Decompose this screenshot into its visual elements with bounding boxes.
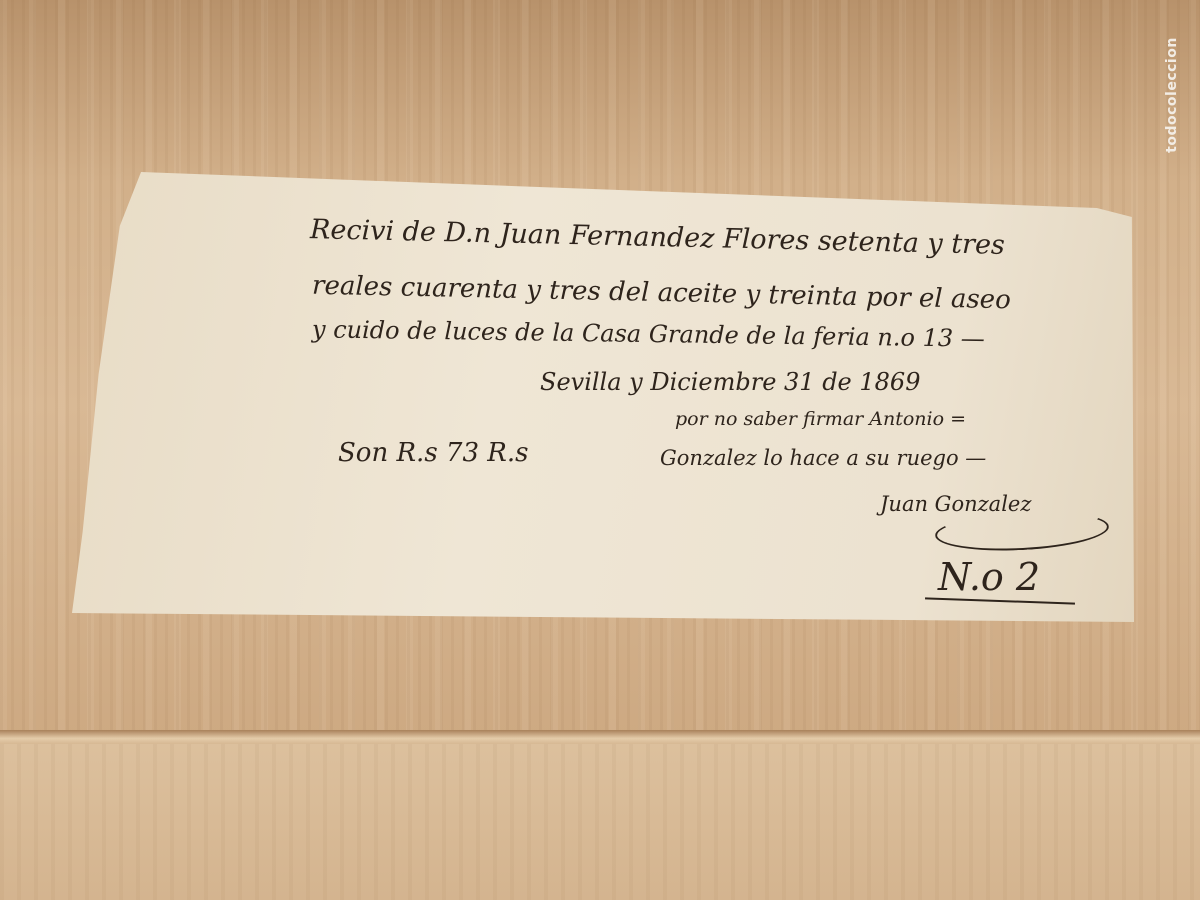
signature-note-2: Gonzalez lo hace a su ruego — xyxy=(660,446,986,470)
receipt-date: Sevilla y Diciembre 31 de 1869 xyxy=(540,368,920,396)
receipt-number: N.o 2 xyxy=(938,555,1040,599)
receipt-amount: Son R.s 73 R.s xyxy=(338,438,528,468)
watermark-text: todocoleccion xyxy=(1164,37,1180,153)
wood-surface-bottom xyxy=(0,744,1200,900)
signature-note-1: por no saber firmar Antonio = xyxy=(675,408,966,430)
wood-edge xyxy=(0,730,1200,744)
